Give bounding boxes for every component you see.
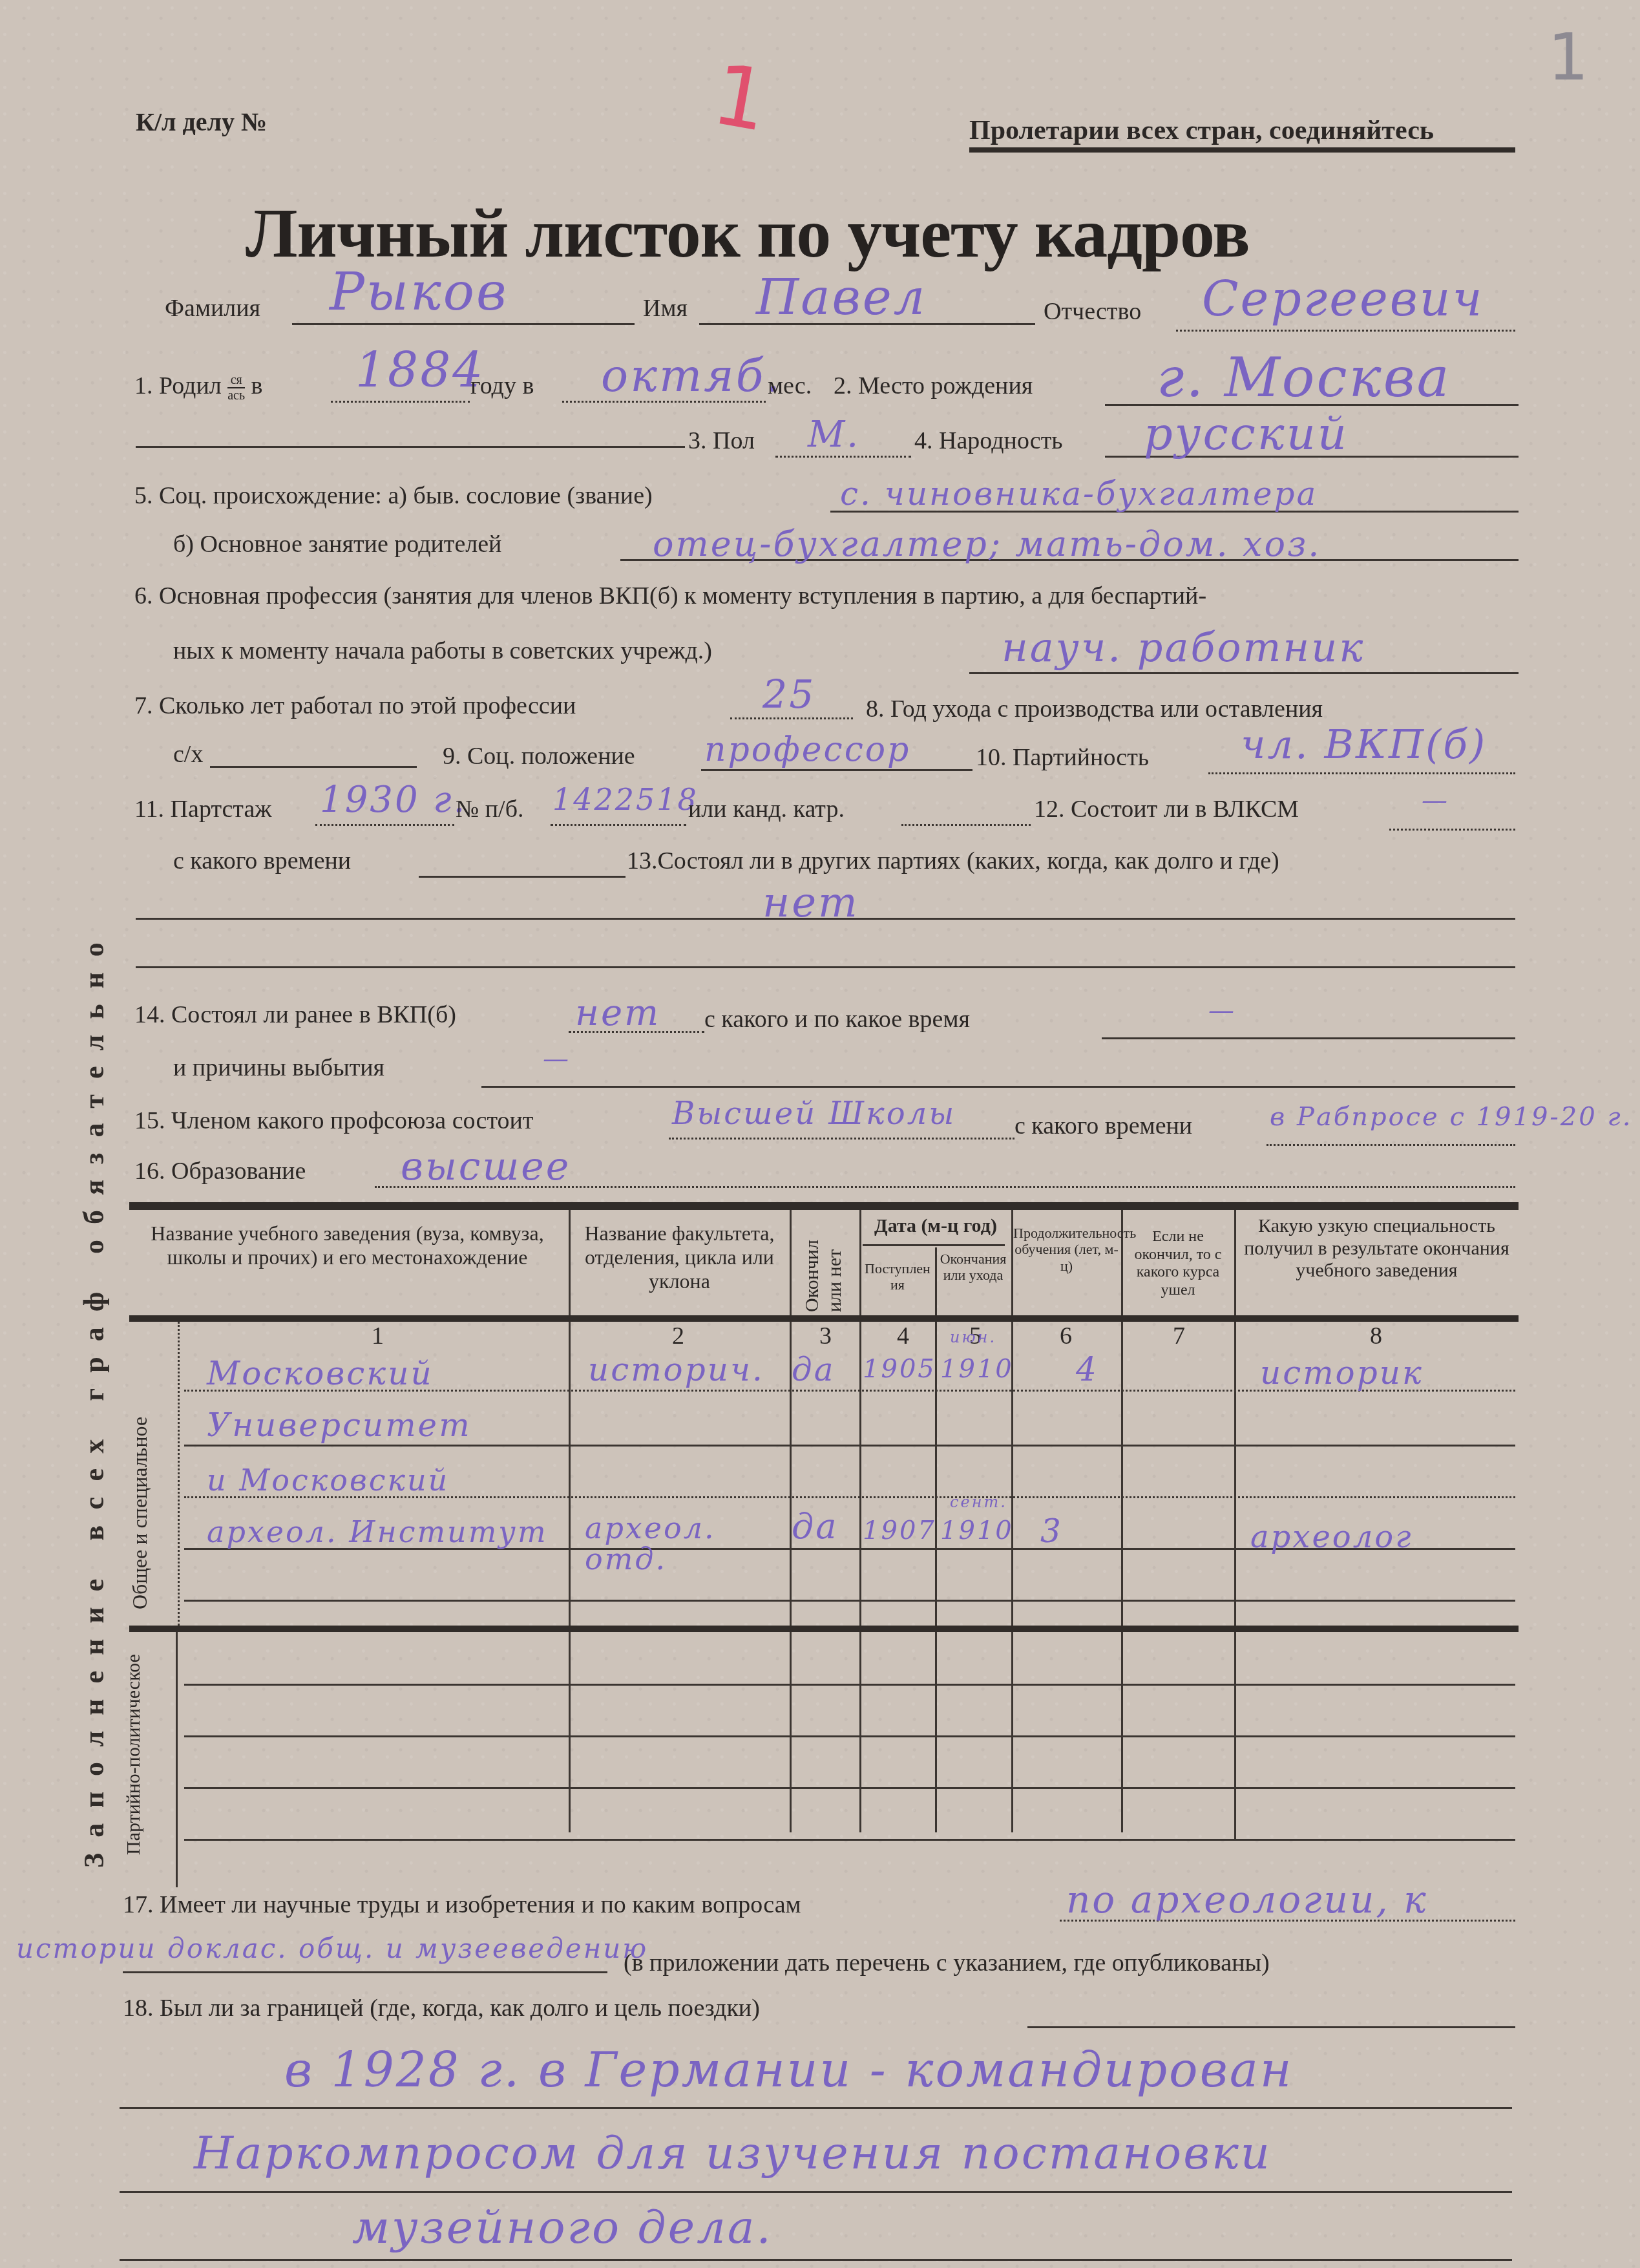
col-number: 1 <box>372 1322 384 1350</box>
q11-card-value[interactable]: 1422518 <box>552 782 699 817</box>
q1-month-suffix: мес. <box>768 372 812 400</box>
q15-label: 15. Членом какого профсоюза состоит <box>134 1107 533 1135</box>
q4-label: 4. Народность <box>914 427 1063 455</box>
corner-sheet-number: 1 <box>1548 19 1589 95</box>
patronymic-label: Отчество <box>1044 297 1141 326</box>
sex-value[interactable]: М. <box>808 414 860 456</box>
q11-label: 11. Партстаж <box>134 795 272 823</box>
row2-specialty[interactable]: археолог <box>1250 1519 1413 1555</box>
row2-end-month: сент. <box>950 1493 1007 1511</box>
q16-label: 16. Образование <box>134 1157 306 1185</box>
q15-value[interactable]: Высшей Школы <box>672 1096 956 1132</box>
col-number: 4 <box>897 1322 909 1350</box>
name-value[interactable]: Павел <box>756 268 927 326</box>
q6-value[interactable]: науч. работник <box>1002 624 1365 671</box>
q9-label: 9. Соц. положение <box>443 742 635 770</box>
q5b-label: б) Основное занятие родителей <box>173 530 501 558</box>
q11-card-label: № п/б. <box>456 795 523 823</box>
q14-label: 14. Состоял ли ранее в ВКП(б) <box>134 1001 456 1029</box>
section-general-label: Общее и специальное <box>128 1417 152 1609</box>
row1-finished[interactable]: да <box>792 1351 836 1388</box>
patronymic-value[interactable]: Сергеевич <box>1202 271 1484 327</box>
q8-label: 8. Год ухода с производства или оставлен… <box>866 695 1323 723</box>
birth-month-value[interactable]: октяб. <box>601 349 782 402</box>
q11-cand-label: или канд. катр. <box>688 795 845 823</box>
row1-end[interactable]: 1910 <box>940 1354 1014 1384</box>
q5b-value[interactable]: отец-бухгалтер; мать-дом. хоз. <box>653 524 1321 564</box>
row2-institution[interactable]: и Московский археол. Институт <box>207 1454 569 1558</box>
q14-period-label: с какого и по какое время <box>704 1005 970 1033</box>
name-label: Имя <box>643 294 688 323</box>
col-number: 2 <box>672 1322 684 1350</box>
q16-value[interactable]: высшее <box>401 1144 571 1189</box>
row1-specialty[interactable]: историк <box>1260 1354 1424 1392</box>
col-header-course-left: Если не окончил, то с какого курса ушел <box>1123 1228 1233 1299</box>
surname-label: Фамилия <box>165 294 260 323</box>
q7-label: 7. Сколько лет работал по этой профессии <box>134 692 576 720</box>
q1-year-suffix: году в <box>470 372 534 400</box>
col-header-faculty: Название факультета, отделения, цикла ил… <box>571 1222 788 1293</box>
q18-line-3[interactable]: музейного дела. <box>352 2201 773 2254</box>
row2-duration[interactable]: 3 <box>1040 1512 1063 1550</box>
q14-reason-label: и причины выбытия <box>173 1054 384 1082</box>
q12-value[interactable]: — <box>1422 785 1449 815</box>
q11-value[interactable]: 1930 г. <box>320 779 467 821</box>
col-header-start: Поступления <box>861 1260 934 1293</box>
q9-value[interactable]: профессор <box>704 730 910 769</box>
q10-label: 10. Партийность <box>976 743 1149 772</box>
q14-reason-value[interactable]: — <box>543 1044 571 1074</box>
q13-label: 13.Состоял ли в других партиях (каких, к… <box>627 847 1279 875</box>
q18-line-1[interactable]: в 1928 г. в Германии - командирован <box>284 2042 1294 2098</box>
row1-start[interactable]: 1905 <box>863 1354 936 1384</box>
q1-label: 1. Родил сяась в <box>134 372 263 403</box>
q18-line-2[interactable]: Наркомпросом для изучения постановки <box>194 2126 1272 2179</box>
q17-value-1[interactable]: по археологии, к <box>1066 1878 1428 1922</box>
q15-since-value[interactable]: в Рабпросе с 1919-20 г. <box>1270 1102 1632 1132</box>
q5a-value[interactable]: с. чиновника-бухгалтера <box>840 475 1318 513</box>
q15-since-label: с какого времени <box>1014 1112 1192 1140</box>
slogan-underline <box>969 147 1515 153</box>
q17-value-2[interactable]: истории доклас. общ. и музееведению <box>16 1933 648 1964</box>
row2-end[interactable]: 1910 <box>940 1516 1014 1545</box>
birthplace-value[interactable]: г. Москва <box>1157 346 1451 409</box>
file-ref-label: К/л делу № <box>136 107 267 137</box>
nationality-value[interactable]: русский <box>1144 407 1349 460</box>
q10-value[interactable]: чл. ВКП(б) <box>1241 721 1487 768</box>
section-party-label: Партийно-политическое <box>123 1648 144 1855</box>
col-header-end: Окончания или ухода <box>937 1251 1009 1284</box>
row2-finished[interactable]: да <box>792 1506 838 1547</box>
q8-label-2: с/х <box>173 740 203 768</box>
row1-faculty[interactable]: историч. <box>588 1351 764 1388</box>
q3-label: 3. Пол <box>688 427 755 455</box>
q5a-label: 5. Соц. происхождение: а) быв. сословие … <box>134 482 653 510</box>
q6-label-2: ных к моменту начала работы в советских … <box>173 637 712 665</box>
col-number: 3 <box>819 1322 832 1350</box>
slogan: Пролетарии всех стран, соединяйтесь <box>969 115 1434 146</box>
q12-since-label: с какого времени <box>173 847 351 875</box>
q17-label-2: (в приложении дать перечень с указанием,… <box>624 1949 1270 1977</box>
col-header-institution: Название учебного заведения (вуза, комву… <box>129 1222 565 1269</box>
col-number: 7 <box>1173 1322 1185 1350</box>
q18-label: 18. Был ли за границей (где, когда, как … <box>123 1994 760 2022</box>
row1-institution[interactable]: Московский Университет <box>207 1348 556 1451</box>
row1-duration[interactable]: 4 <box>1076 1351 1099 1388</box>
col-header-specialty: Какую узкую специальность получил в резу… <box>1236 1215 1517 1282</box>
red-sheet-number: 1 <box>706 45 775 151</box>
col-number: 8 <box>1370 1322 1382 1350</box>
side-margin-note: Заполнение всех граф обязательно <box>78 927 110 1868</box>
col-header-duration: Продолжительность обучения (лет, м-ц) <box>1013 1225 1120 1274</box>
q14-period-value[interactable]: — <box>1208 995 1236 1025</box>
col-header-finished: Окончил или нет <box>801 1215 846 1312</box>
row2-start[interactable]: 1907 <box>863 1516 936 1545</box>
q7-value[interactable]: 25 <box>762 672 815 717</box>
surname-value[interactable]: Рыков <box>330 262 508 322</box>
birth-year-value[interactable]: 1884 <box>355 343 485 398</box>
row1-end-month: июн. <box>950 1328 996 1346</box>
q17-label: 17. Имеет ли научные труды и изобретения… <box>123 1891 801 1919</box>
col-number: 6 <box>1060 1322 1072 1350</box>
col-header-date: Дата (м-ц год) <box>861 1215 1010 1238</box>
q2-label: 2. Место рождения <box>834 372 1033 400</box>
q12-label: 12. Состоит ли в ВЛКСМ <box>1034 795 1299 823</box>
row2-faculty[interactable]: археол. отд. <box>585 1512 779 1574</box>
q6-label-1: 6. Основная профессия (занятия для члено… <box>134 582 1206 610</box>
q14-value[interactable]: нет <box>575 992 660 1034</box>
